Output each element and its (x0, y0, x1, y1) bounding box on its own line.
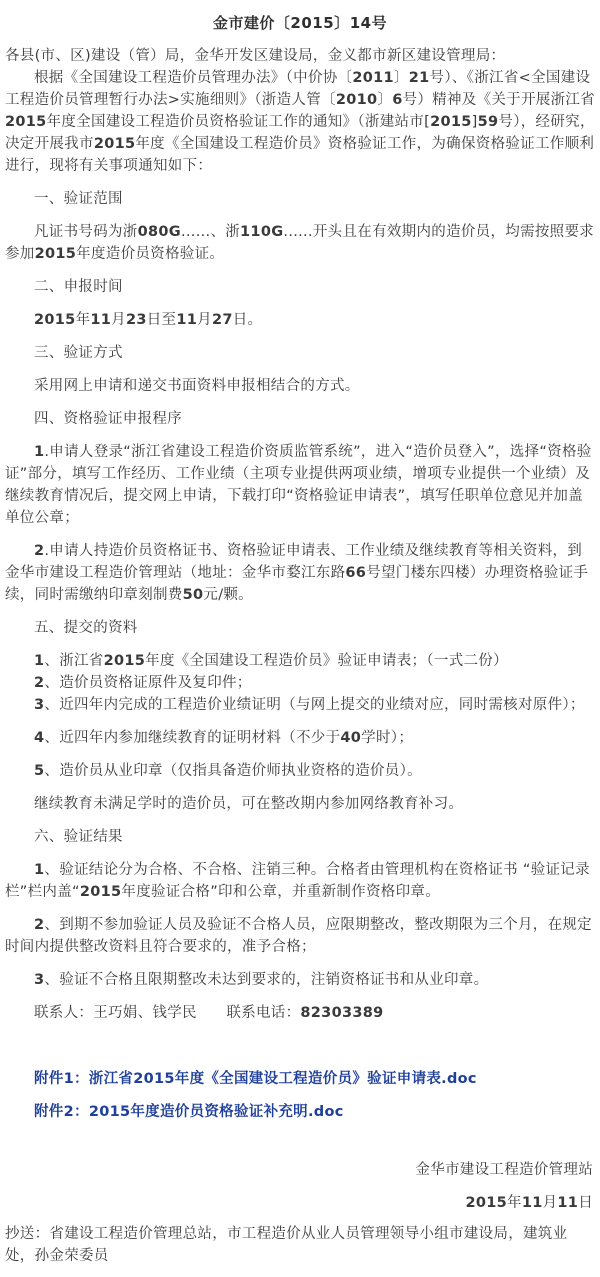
doc-number: 金市建价〔2015〕14号 (5, 12, 595, 34)
cc-line: 抄送：省建设工程造价管理总站，市工程造价从业人员管理领导小组市建设局，建筑业处，… (5, 1223, 595, 1267)
section-3-paragraph: 采用网上申请和递交书面资料申报相结合的方式。 (5, 375, 595, 397)
section-1-paragraph: 凡证书号码为浙080G......、浙110G......开头且在有效期内的造价… (5, 221, 595, 265)
section-6-item-3: 3、验证不合格且限期整改未达到要求的，注销资格证书和从业印章。 (5, 969, 595, 991)
contact-line: 联系人：王巧娟、钱学民 联系电话：82303389 (5, 1002, 595, 1024)
section-1-heading: 一、验证范围 (5, 188, 595, 210)
issuer-signature: 金华市建设工程造价管理站 (5, 1159, 595, 1181)
section-5-item-2: 2、造价员资格证原件及复印件； (5, 672, 595, 694)
attachment-1-link[interactable]: 附件1：浙江省2015年度《全国建设工程造价员》验证申请表.doc (5, 1068, 595, 1090)
issue-date: 2015年11月11日 (5, 1192, 595, 1214)
section-5-item-5: 5、造价员从业印章（仅指具备造价师执业资格的造价员）。 (5, 760, 595, 782)
section-4-item-1: 1.申请人登录“浙江省建设工程造价资质监管系统”，进入“造价员登入”，选择“资格… (5, 441, 595, 529)
section-4-item-2: 2.申请人持造价员资格证书、资格验证申请表、工作业绩及继续教育等相关资料，到金华… (5, 540, 595, 606)
recipients-line: 各县(市、区)建设（管）局，金华开发区建设局，金义都市新区建设管理局： (5, 45, 595, 67)
section-6-item-2: 2、到期不参加验证人员及验证不合格人员，应限期整改，整改期限为三个月，在规定时间… (5, 914, 595, 958)
section-6-heading: 六、验证结果 (5, 826, 595, 848)
section-5-heading: 五、提交的资料 (5, 617, 595, 639)
section-2-paragraph: 2015年11月23日至11月27日。 (5, 309, 595, 331)
section-6-item-1: 1、验证结论分为合格、不合格、注销三种。合格者由管理机构在资格证书 “验证记录栏… (5, 859, 595, 903)
intro-paragraph: 根据《全国建设工程造价员管理办法》（中价协〔2011〕21号）、《浙江省<全国建… (5, 67, 595, 177)
section-5-note: 继续教育未满足学时的造价员，可在整改期内参加网络教育补习。 (5, 793, 595, 815)
section-5-item-1: 1、浙江省2015年度《全国建设工程造价员》验证申请表；（一式二份） (5, 650, 595, 672)
section-5-item-3: 3、近四年内完成的工程造价业绩证明（与网上提交的业绩对应，同时需核对原件）； (5, 694, 595, 716)
document-body: 金市建价〔2015〕14号各县(市、区)建设（管）局，金华开发区建设局，金义都市… (5, 12, 595, 1267)
section-5-item-4: 4、近四年内参加继续教育的证明材料（不少于40学时）； (5, 727, 595, 749)
section-2-heading: 二、申报时间 (5, 276, 595, 298)
section-3-heading: 三、验证方式 (5, 342, 595, 364)
section-4-heading: 四、资格验证申报程序 (5, 408, 595, 430)
attachment-2-link[interactable]: 附件2：2015年度造价员资格验证补充明.doc (5, 1101, 595, 1123)
notice-document: 金市建价〔2015〕14号各县(市、区)建设（管）局，金华开发区建设局，金义都市… (0, 0, 600, 1277)
